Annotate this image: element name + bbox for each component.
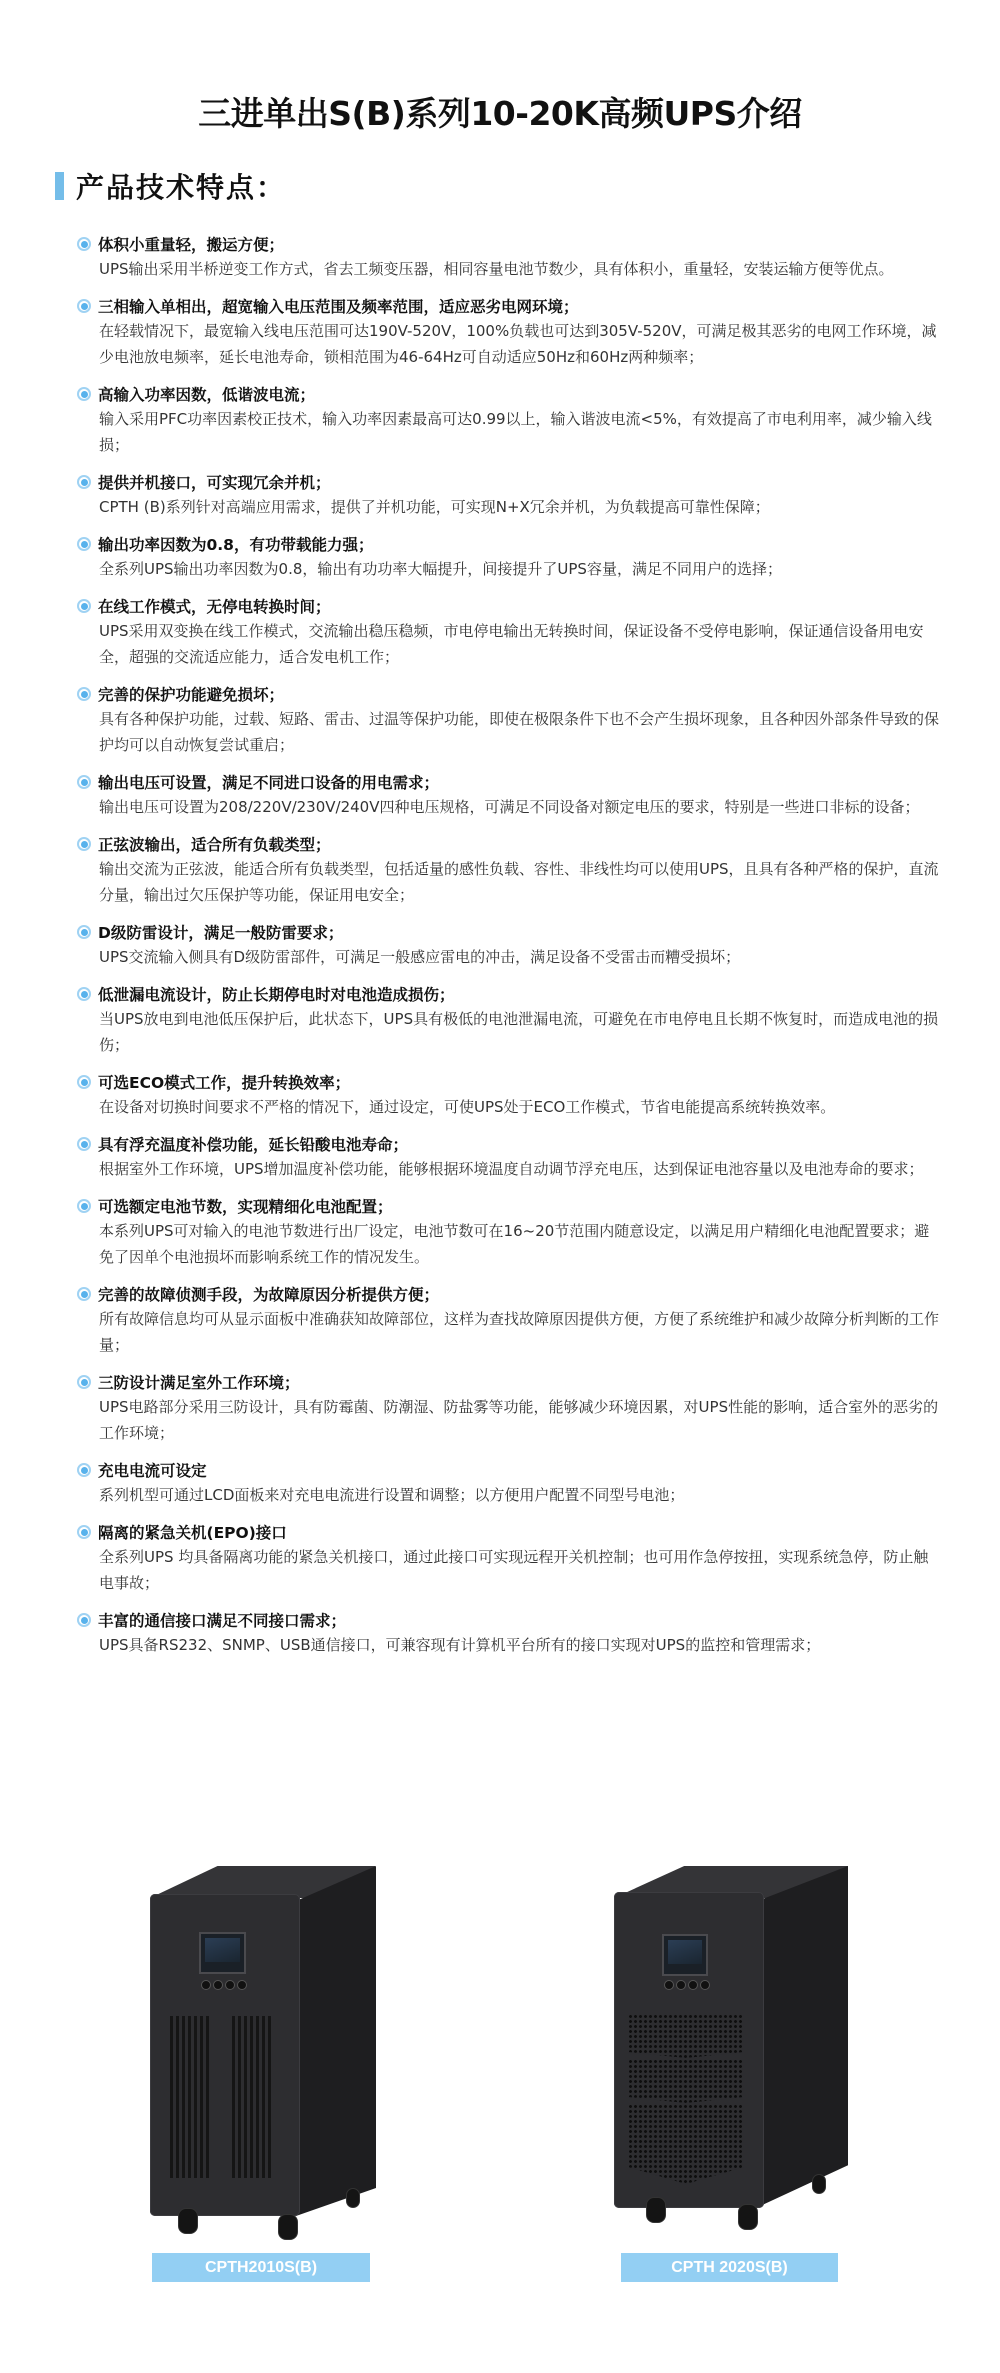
bullet-icon — [77, 237, 91, 251]
bullet-icon — [77, 925, 91, 939]
feature-title: 输出功率因数为0.8，有功带载能力强； — [98, 533, 373, 555]
caster-wheel — [346, 2188, 360, 2208]
feature-title: 可选额定电池节数，实现精细化电池配置； — [98, 1195, 393, 1217]
feature-description: 在设备对切换时间要求不严格的情况下，通过设定，可使UPS处于ECO工作模式，节省… — [99, 1094, 939, 1120]
feature-description: UPS输出采用半桥逆变工作方式，省去工频变压器，相同容量电池节数少，具有体积小，… — [99, 256, 939, 282]
product-image-cpth2010sb — [100, 1852, 420, 2292]
feature-description: UPS采用双变换在线工作模式，交流输出稳压稳频，市电停电输出无转换时间，保证设备… — [99, 618, 939, 670]
feature-description: 当UPS放电到电池低压保护后，此状态下，UPS具有极低的电池泄漏电流，可避免在市… — [99, 1006, 939, 1058]
feature-title: 在线工作模式，无停电转换时间； — [98, 595, 331, 617]
feature-item: 在线工作模式，无停电转换时间；UPS采用双变换在线工作模式，交流输出稳压稳频，市… — [77, 594, 937, 670]
feature-item: 三防设计满足室外工作环境；UPS电路部分采用三防设计，具有防霉菌、防潮湿、防盐雾… — [77, 1370, 937, 1446]
caster-wheel — [646, 2197, 666, 2223]
feature-title: 高输入功率因数，低谐波电流； — [98, 383, 315, 405]
panel-button — [237, 1980, 247, 1990]
feature-item: 输出功率因数为0.8，有功带载能力强；全系列UPS输出功率因数为0.8，输出有功… — [77, 532, 937, 582]
bullet-icon — [77, 1199, 91, 1213]
feature-item: 输出电压可设置，满足不同进口设备的用电需求；输出电压可设置为208/220V/2… — [77, 770, 937, 820]
feature-item: 高输入功率因数，低谐波电流；输入采用PFC功率因素校正技术，输入功率因素最高可达… — [77, 382, 937, 458]
feature-description: UPS具备RS232、SNMP、USB通信接口，可兼容现有计算机平台所有的接口实… — [99, 1632, 939, 1658]
bullet-icon — [77, 387, 91, 401]
ups-side-panel — [760, 1866, 848, 2206]
feature-title: 体积小重量轻，搬运方便； — [98, 233, 284, 255]
bullet-icon — [77, 1075, 91, 1089]
feature-item: D级防雷设计，满足一般防雷要求；UPS交流输入侧具有D级防雷部件，可满足一般感应… — [77, 920, 937, 970]
feature-title: 提供并机接口，可实现冗余并机； — [98, 471, 331, 493]
feature-title: D级防雷设计，满足一般防雷要求； — [98, 921, 343, 943]
feature-item: 正弦波输出，适合所有负载类型；输出交流为正弦波，能适合所有负载类型，包括适量的感… — [77, 832, 937, 908]
feature-item: 丰富的通信接口满足不同接口需求；UPS具备RS232、SNMP、USB通信接口，… — [77, 1608, 937, 1658]
feature-title: 完善的故障侦测手段，为故障原因分析提供方便； — [98, 1283, 439, 1305]
vent-grille-right — [232, 2016, 274, 2178]
feature-title: 可选ECO模式工作，提升转换效率； — [98, 1071, 350, 1093]
feature-item: 提供并机接口，可实现冗余并机；CPTH (B)系列针对高端应用需求，提供了并机功… — [77, 470, 937, 520]
section-accent-bar — [55, 172, 64, 200]
caster-wheel — [178, 2208, 198, 2234]
bullet-icon — [77, 1463, 91, 1477]
bullet-icon — [77, 1137, 91, 1151]
caster-wheel — [738, 2204, 758, 2230]
section-heading-text: 产品技术特点： — [76, 166, 286, 206]
feature-title: 输出电压可设置，满足不同进口设备的用电需求； — [98, 771, 439, 793]
feature-item: 可选额定电池节数，实现精细化电池配置；本系列UPS可对输入的电池节数进行出厂设定… — [77, 1194, 937, 1270]
feature-title: 隔离的紧急关机(EPO)接口 — [98, 1521, 287, 1543]
feature-description: UPS交流输入侧具有D级防雷部件，可满足一般感应雷电的冲击，满足设备不受雷击而糟… — [99, 944, 939, 970]
ups-front-panel — [150, 1894, 300, 2216]
caster-wheel — [278, 2214, 298, 2240]
feature-item: 低泄漏电流设计，防止长期停电时对电池造成损伤；当UPS放电到电池低压保护后，此状… — [77, 982, 937, 1058]
feature-title: 低泄漏电流设计，防止长期停电时对电池造成损伤； — [98, 983, 455, 1005]
feature-item: 可选ECO模式工作，提升转换效率；在设备对切换时间要求不严格的情况下，通过设定，… — [77, 1070, 937, 1120]
panel-button — [225, 1980, 235, 1990]
bullet-icon — [77, 775, 91, 789]
feature-description: 具有各种保护功能，过载、短路、雷击、过温等保护功能，即使在极限条件下也不会产生损… — [99, 706, 939, 758]
bullet-icon — [77, 987, 91, 1001]
panel-button — [201, 1980, 211, 1990]
feature-description: 输出电压可设置为208/220V/230V/240V四种电压规格，可满足不同设备… — [99, 794, 939, 820]
feature-description: 在轻载情况下，最宽输入线电压范围可达190V-520V，100%负载也可达到30… — [99, 318, 939, 370]
feature-item: 三相输入单相出，超宽输入电压范围及频率范围，适应恶劣电网环境；在轻载情况下，最宽… — [77, 294, 937, 370]
feature-item: 完善的保护功能避免损坏；具有各种保护功能，过载、短路、雷击、过温等保护功能，即使… — [77, 682, 937, 758]
feature-title: 丰富的通信接口满足不同接口需求； — [98, 1609, 346, 1631]
feature-item: 充电电流可设定系列机型可通过LCD面板来对充电电流进行设置和调整；以方便用户配置… — [77, 1458, 937, 1508]
bullet-icon — [77, 299, 91, 313]
ups-side-panel — [296, 1866, 376, 2216]
feature-title: 充电电流可设定 — [98, 1459, 207, 1481]
bullet-icon — [77, 599, 91, 613]
feature-description: 根据室外工作环境，UPS增加温度补偿功能，能够根据环境温度自动调节浮充电压，达到… — [99, 1156, 939, 1182]
feature-title: 具有浮充温度补偿功能，延长铅酸电池寿命； — [98, 1133, 408, 1155]
feature-title: 正弦波输出，适合所有负载类型； — [98, 833, 331, 855]
feature-title: 完善的保护功能避免损坏； — [98, 683, 284, 705]
bullet-icon — [77, 1613, 91, 1627]
feature-description: UPS电路部分采用三防设计，具有防霉菌、防潮湿、防盐雾等功能，能够减少环境因累，… — [99, 1394, 939, 1446]
feature-item: 体积小重量轻，搬运方便；UPS输出采用半桥逆变工作方式，省去工频变压器，相同容量… — [77, 232, 937, 282]
panel-button — [688, 1980, 698, 1990]
feature-item: 具有浮充温度补偿功能，延长铅酸电池寿命；根据室外工作环境，UPS增加温度补偿功能… — [77, 1132, 937, 1182]
panel-button — [700, 1980, 710, 1990]
bullet-icon — [77, 1375, 91, 1389]
caster-wheel — [812, 2174, 826, 2194]
panel-button — [676, 1980, 686, 1990]
feature-description: 所有故障信息均可从显示面板中准确获知故障部位，这样为查找故障原因提供方便，方便了… — [99, 1306, 939, 1358]
feature-item: 隔离的紧急关机(EPO)接口全系列UPS 均具备隔离功能的紧急关机接口，通过此接… — [77, 1520, 937, 1596]
bullet-icon — [77, 687, 91, 701]
lcd-display — [199, 1932, 246, 1974]
feature-description: 输入采用PFC功率因素校正技术，输入功率因素最高可达0.99以上，输入谐波电流<… — [99, 406, 939, 458]
panel-button — [664, 1980, 674, 1990]
model-label: CPTH 2020S(B) — [621, 2253, 838, 2282]
feature-description: 系列机型可通过LCD面板来对充电电流进行设置和调整；以方便用户配置不同型号电池； — [99, 1482, 939, 1508]
feature-list: 体积小重量轻，搬运方便；UPS输出采用半桥逆变工作方式，省去工频变压器，相同容量… — [77, 232, 937, 1670]
vent-grille-left — [170, 2016, 212, 2178]
lcd-display — [662, 1934, 708, 1976]
model-label: CPTH2010S(B) — [152, 2253, 370, 2282]
feature-title: 三相输入单相出，超宽输入电压范围及频率范围，适应恶劣电网环境； — [98, 295, 579, 317]
feature-description: 全系列UPS输出功率因数为0.8，输出有功功率大幅提升，间接提升了UPS容量，满… — [99, 556, 939, 582]
bullet-icon — [77, 1525, 91, 1539]
ups-front-panel — [614, 1892, 764, 2208]
bullet-icon — [77, 475, 91, 489]
bullet-icon — [77, 1287, 91, 1301]
feature-description: CPTH (B)系列针对高端应用需求，提供了并机功能，可实现N+X冗余并机，为负… — [99, 494, 939, 520]
feature-description: 本系列UPS可对输入的电池节数进行出厂设定，电池节数可在16~20节范围内随意设… — [99, 1218, 939, 1270]
panel-button — [213, 1980, 223, 1990]
bullet-icon — [77, 537, 91, 551]
page-title: 三进单出S(B)系列10-20K高频UPS介绍 — [0, 88, 1000, 135]
product-image-cpth2020sb — [580, 1852, 900, 2292]
feature-item: 完善的故障侦测手段，为故障原因分析提供方便；所有故障信息均可从显示面板中准确获知… — [77, 1282, 937, 1358]
section-heading: 产品技术特点： — [55, 166, 286, 206]
feature-title: 三防设计满足室外工作环境； — [98, 1371, 300, 1393]
feature-description: 输出交流为正弦波，能适合所有负载类型，包括适量的感性负载、容性、非线性均可以使用… — [99, 856, 939, 908]
feature-description: 全系列UPS 均具备隔离功能的紧急关机接口，通过此接口可实现远程开关机控制；也可… — [99, 1544, 939, 1596]
bullet-icon — [77, 837, 91, 851]
